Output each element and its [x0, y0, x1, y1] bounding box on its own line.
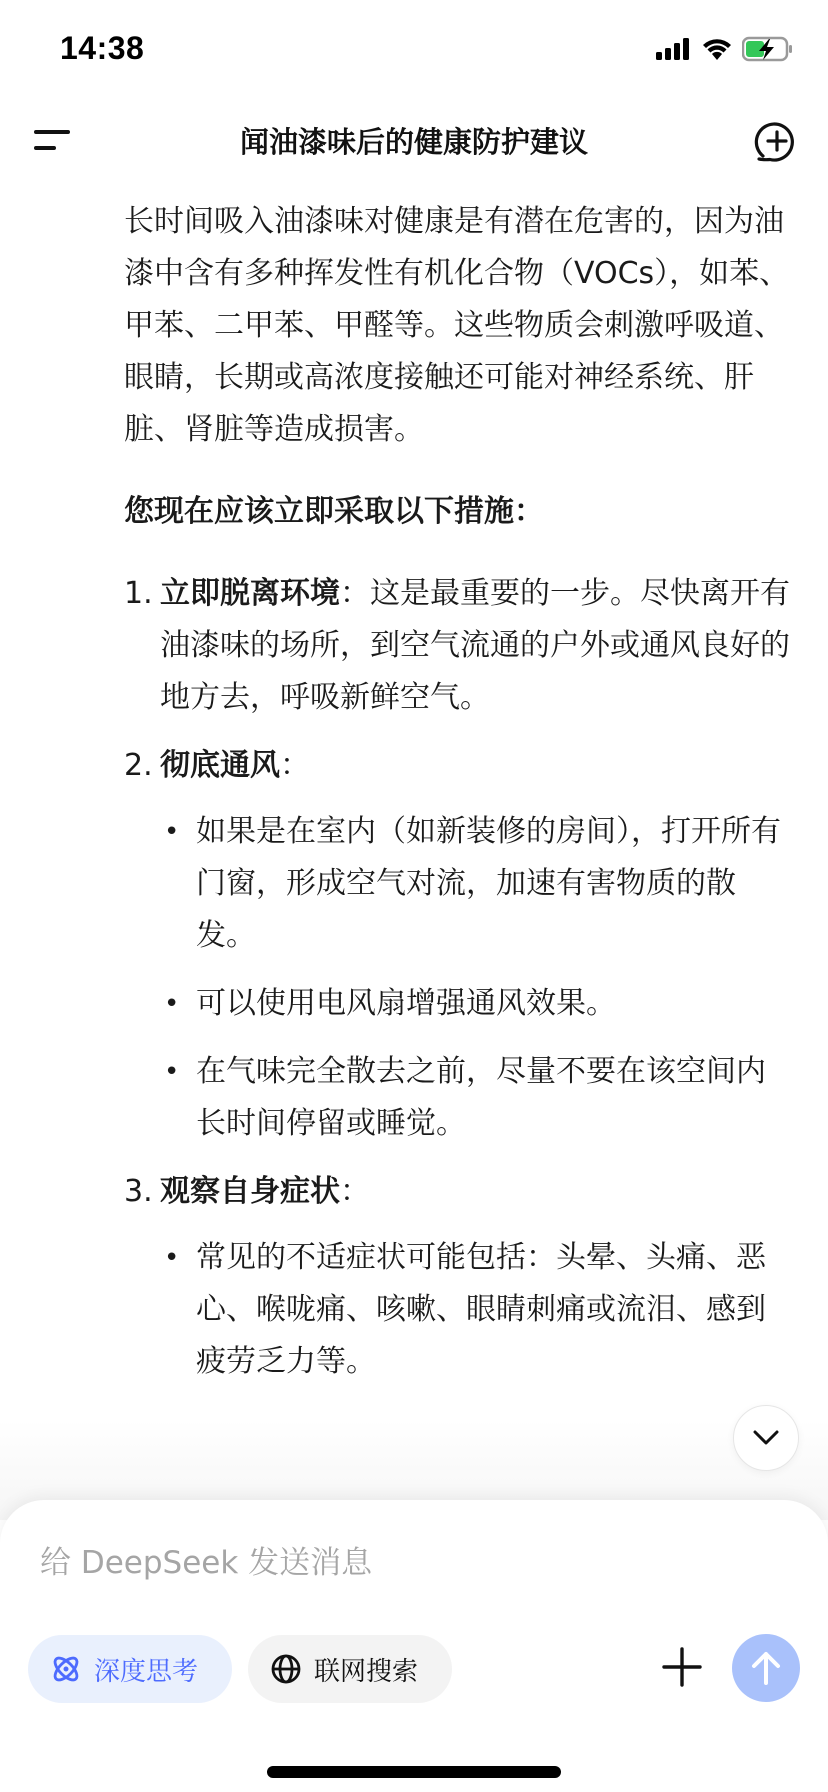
step-title: 彻底通风 [160, 748, 280, 783]
sub-item: • 在气味完全散去之前，尽量不要在该空间内长时间停留或睡觉。 [160, 1046, 794, 1150]
step-text: ： [280, 748, 310, 783]
step-text: ： [340, 1174, 370, 1209]
message-input[interactable] [40, 1538, 780, 1588]
step-number: 1. [124, 568, 153, 620]
step-item: 3. 观察自身症状： • 常见的不适症状可能包括：头晕、头痛、恶心、喉咙痛、咳嗽… [124, 1166, 794, 1388]
assistant-message: 长时间吸入油漆味对健康是有潜在危害的，因为油漆中含有多种挥发性有机化合物（VOC… [124, 196, 794, 1404]
step-title: 立即脱离环境 [160, 576, 340, 611]
message-composer: 深度思考 联网搜索 [0, 1500, 828, 1792]
sub-item: • 如果是在室内（如新装修的房间），打开所有门窗，形成空气对流，加速有害物质的散… [160, 806, 794, 962]
plus-icon [660, 1645, 704, 1689]
top-nav: 闻油漆味后的健康防护建议 [0, 96, 828, 186]
deep-think-toggle[interactable]: 深度思考 [28, 1635, 232, 1703]
home-indicator [267, 1766, 561, 1778]
step-number: 2. [124, 740, 153, 792]
arrow-up-icon [750, 1650, 782, 1686]
sub-item-text: 可以使用电风扇增强通风效果。 [196, 986, 616, 1021]
globe-icon [270, 1653, 302, 1685]
send-button[interactable] [732, 1634, 800, 1702]
deep-think-label: 深度思考 [94, 1651, 198, 1688]
sub-item-text: 在气味完全散去之前，尽量不要在该空间内长时间停留或睡觉。 [196, 1054, 766, 1141]
step-item: 1. 立即脱离环境：这是最重要的一步。尽快离开有油漆味的场所，到空气流通的户外或… [124, 568, 794, 724]
sub-list: • 如果是在室内（如新装修的房间），打开所有门窗，形成空气对流，加速有害物质的散… [160, 806, 794, 1150]
bullet: • [164, 806, 179, 858]
battery-charging-icon [742, 36, 794, 62]
sub-list: • 常见的不适症状可能包括：头晕、头痛、恶心、喉咙痛、咳嗽、眼睛刺痛或流泪、感到… [160, 1232, 794, 1388]
step-number: 3. [124, 1166, 153, 1218]
cellular-signal-icon [656, 38, 692, 60]
bullet: • [164, 1232, 179, 1284]
sub-item: • 常见的不适症状可能包括：头晕、头痛、恶心、喉咙痛、咳嗽、眼睛刺痛或流泪、感到… [160, 1232, 794, 1388]
steps-list: 1. 立即脱离环境：这是最重要的一步。尽快离开有油漆味的场所，到空气流通的户外或… [124, 568, 794, 1388]
web-search-label: 联网搜索 [314, 1651, 418, 1688]
status-time: 14:38 [60, 30, 144, 67]
sub-item-text: 常见的不适症状可能包括：头晕、头痛、恶心、喉咙痛、咳嗽、眼睛刺痛或流泪、感到疲劳… [196, 1240, 766, 1379]
lead-text: 您现在应该立即采取以下措施： [124, 486, 794, 538]
new-chat-button[interactable] [752, 116, 802, 166]
chevron-down-icon [752, 1429, 780, 1447]
page-title: 闻油漆味后的健康防护建议 [0, 120, 828, 161]
sub-item: • 可以使用电风扇增强通风效果。 [160, 978, 794, 1030]
sub-item-text: 如果是在室内（如新装修的房间），打开所有门窗，形成空气对流，加速有害物质的散发。 [196, 814, 781, 953]
intro-paragraph: 长时间吸入油漆味对健康是有潜在危害的，因为油漆中含有多种挥发性有机化合物（VOC… [124, 196, 794, 456]
web-search-toggle[interactable]: 联网搜索 [248, 1635, 452, 1703]
scroll-to-bottom-button[interactable] [733, 1405, 799, 1471]
attach-button[interactable] [660, 1645, 704, 1689]
bullet: • [164, 1046, 179, 1098]
step-item: 2. 彻底通风： • 如果是在室内（如新装修的房间），打开所有门窗，形成空气对流… [124, 740, 794, 1150]
bullet: • [164, 978, 179, 1030]
step-title: 观察自身症状 [160, 1174, 340, 1209]
new-chat-icon [752, 116, 802, 166]
wifi-icon [702, 38, 732, 60]
status-icons [656, 36, 794, 62]
atom-icon [50, 1653, 82, 1685]
status-bar: 14:38 [0, 0, 828, 96]
